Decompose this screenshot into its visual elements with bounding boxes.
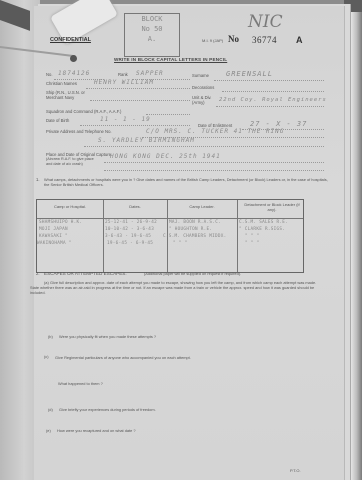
row-3-dates: 3-6-43 - 19-6-45 (105, 234, 151, 239)
rank-label: Rank (118, 72, 128, 77)
section-2-note: (Additional paper will be supplied on re… (144, 271, 241, 276)
dob-label: Date of Birth (46, 118, 69, 123)
row-2-camp: MOJI JAPAN (39, 227, 68, 232)
section-1-question: What camps, detachments or hospitals wer… (44, 177, 328, 187)
section-2-number: 2. (36, 271, 40, 276)
surname-value: GREENSALL (226, 70, 273, 78)
row-4-camp: WAKINOHAMA " (37, 241, 72, 246)
row-4-leader: " " " (173, 241, 187, 246)
question-d-text: Give briefly your experiences during per… (59, 407, 156, 412)
surname-label: Surname (192, 73, 209, 78)
please-turn-over: P.T.O. (290, 468, 301, 473)
row-1-dates: 25-12-41 - 26-9-42 (105, 220, 157, 225)
form-number-suffix: A (296, 35, 303, 45)
row-2-block-leader: " CLARKE R.SIGS. (239, 227, 285, 232)
row-2-dates: 10-10-42 - 3-6-43 (105, 227, 154, 232)
christian-names-value: HENRY WILLIAM (94, 79, 154, 86)
form-code: M.I. 9 (JAP) (202, 38, 223, 43)
question-a-text: Give full description and approx. date o… (30, 280, 324, 295)
address-label: Private Address and Telephone No. (46, 129, 112, 134)
question-e-text: How were you recaptured and on what date… (57, 428, 136, 433)
christian-names-label: Christian Names (46, 81, 77, 86)
classification-label: CONFIDENTIAL (50, 37, 91, 43)
decorations-label: Decorations (192, 85, 214, 90)
liberation-questionnaire-page: CONFIDENTIAL BLOCK No 50 A. NIC M.I. 9 (… (34, 6, 344, 480)
enlistment-value: 27 - X - 37 (250, 120, 307, 128)
row-3-block-leader: " " " (245, 234, 259, 239)
capture-sublabel-1: (Aircrew R.A.F. to give place (46, 157, 94, 161)
form-number: 36774 (252, 35, 277, 45)
camps-table: Camp or Hospital. Dates. Camp Leader. De… (36, 199, 304, 273)
question-b-text: Were you physically fit when you made th… (59, 334, 156, 339)
stamp-line-3: A. (125, 34, 179, 44)
question-what-happened: What happened to them ? (58, 381, 103, 386)
row-2-leader: " HOUGHTON R.E. (169, 227, 212, 232)
address-line-1: C/O MRS. C. TUCKER 41 THE RING (146, 128, 284, 135)
army-no-label: No. (46, 72, 53, 77)
question-c-text: Give Regimental particulars of anyone wh… (55, 355, 191, 360)
row-1-camp: SHAMSHUIPO H.K. (39, 220, 82, 225)
header-dates: Dates. (103, 204, 167, 209)
question-c-id: (c) (44, 354, 49, 359)
army-no-value: 1874126 (58, 70, 90, 77)
capture-sublabel-2: and date of a/c crash) (46, 162, 83, 166)
row-3-leader: C.S.M. CHAMBERS MIDDX. (163, 234, 227, 239)
question-e-id: (e) (46, 428, 51, 433)
question-b-id: (b) (48, 334, 53, 339)
address-line-2: S. YARDLEY BIRMINGHAM (98, 137, 195, 144)
section-2-title: ESCAPES OR ATTEMPTED ESCAPES. (44, 271, 127, 276)
ship-label: Ship (R.N., U.S.N. or Merchant Navy (46, 90, 94, 100)
row-1-leader: MAJ. BOON R.A.S.C. (169, 220, 221, 225)
row-3-camp: KAWASAKI " (39, 234, 68, 239)
capture-value: HONG KONG DEC. 25th 1941 (110, 153, 221, 160)
unit-label: Unit & Div. (Army) (192, 95, 216, 105)
form-instruction: WRITE IN BLOCK CAPITAL LETTERS IN PENCIL (114, 57, 227, 62)
row-4-dates: 19-6-45 - 6-9-45 (107, 241, 153, 246)
stamp-line-1: BLOCK (125, 14, 179, 24)
header-camp: Camp or Hospital. (37, 204, 103, 209)
question-d-id: (d) (48, 407, 53, 412)
section-1-number: 1. (36, 177, 40, 182)
header-detachment-leader: Detachment or Block Leader (if any). (241, 202, 303, 212)
header-camp-leader: Camp Leader. (167, 204, 237, 209)
row-1-block-leader: C.S.M. SALES R.E. (239, 220, 288, 225)
block-stamp: BLOCK No 50 A. (124, 13, 180, 57)
dob-value: 11 - 1 - 19 (100, 116, 151, 123)
handwritten-annotation: NIC (248, 12, 283, 32)
string-knot (70, 55, 77, 62)
rank-value: SAPPER (136, 70, 164, 77)
unit-value: 22nd Coy. Royal Engineers (219, 97, 327, 103)
squadron-label: Squadron and Command (R.A.F., A.A.F.) (46, 109, 121, 114)
number-label: No (228, 34, 239, 44)
stamp-line-2: No 50 (125, 24, 179, 34)
row-4-block-leader: " " " (245, 241, 259, 246)
